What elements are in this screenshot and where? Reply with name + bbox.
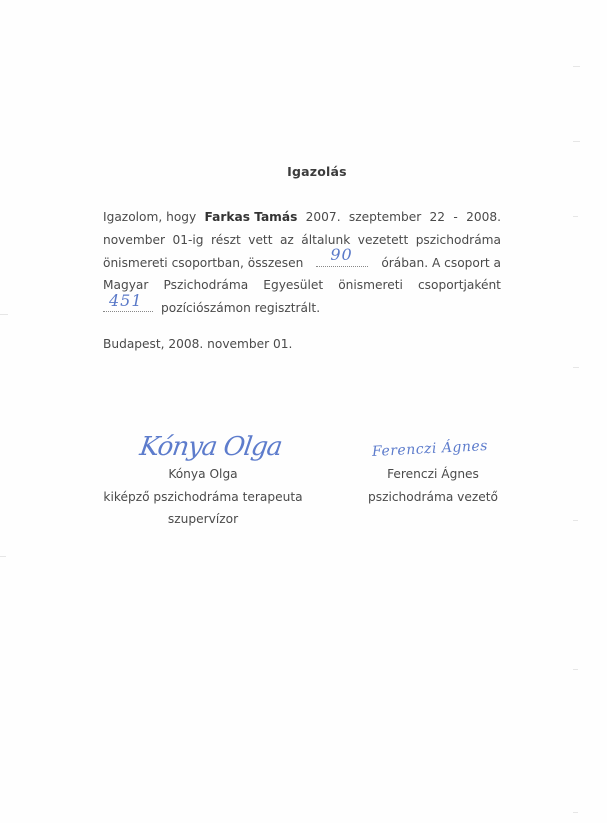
scan-artifact (573, 66, 580, 67)
date-separator: - (453, 206, 457, 229)
body-line-2: november 01-ig részt vett az általunk ve… (103, 229, 501, 252)
body-line-3: önismereti csoportban, összesen 90 órába… (103, 252, 501, 275)
place-and-date: Budapest, 2008. november 01. (103, 337, 292, 351)
scanned-document-page: Igazolás Igazolom, hogy Farkas Tamás 200… (0, 0, 607, 823)
position-handwritten-value: 451 (109, 290, 143, 313)
scan-artifact (573, 216, 578, 217)
scan-artifact (573, 367, 579, 368)
certificate-body: Igazolom, hogy Farkas Tamás 2007. szepte… (103, 206, 501, 320)
hours-field: 90 (316, 252, 368, 267)
body-line-5-after: pozíciószámon regisztrált. (161, 297, 320, 320)
word: csoportjaként (418, 274, 501, 297)
signatory-role-secondary: szupervízor (90, 508, 316, 531)
body-line-3-before: önismereti csoportban, összesen (103, 252, 303, 275)
hours-handwritten-value: 90 (330, 244, 352, 267)
participant-name: Farkas Tamás (205, 206, 298, 229)
word: Pszichodráma (163, 274, 248, 297)
start-year: 2007. (306, 206, 341, 229)
end-year: 2008. (466, 206, 501, 229)
word: Egyesület (263, 274, 323, 297)
scan-artifact (0, 556, 6, 557)
signatory-role: pszichodráma vezető (350, 486, 516, 509)
handwritten-signature-ferenczi: Ferenczi Ágnes (372, 438, 489, 460)
body-text-prefix: Igazolom, hogy (103, 206, 196, 229)
signatory-block-right: Ferenczi Ágnes pszichodráma vezető (350, 463, 516, 508)
scan-artifact (573, 669, 578, 670)
position-number-field: 451 (103, 297, 153, 312)
body-line-1: Igazolom, hogy Farkas Tamás 2007. szepte… (103, 206, 501, 229)
scan-artifact (573, 141, 580, 142)
body-line-4: Magyar Pszichodráma Egyesület önismereti… (103, 274, 501, 297)
start-month: szeptember (349, 206, 421, 229)
document-title: Igazolás (0, 164, 607, 179)
signatory-name: Kónya Olga (90, 463, 316, 486)
scan-artifact (573, 520, 578, 521)
start-day: 22 (430, 206, 446, 229)
body-line-5: 451 pozíciószámon regisztrált. (103, 297, 501, 320)
scan-artifact (0, 314, 8, 315)
word: önismereti (338, 274, 403, 297)
signatory-role: kiképző pszichodráma terapeuta (90, 486, 316, 509)
signatory-block-left: Kónya Olga kiképző pszichodráma terapeut… (90, 463, 316, 531)
signatory-name: Ferenczi Ágnes (350, 463, 516, 486)
body-line-3-after: órában. A csoport a (381, 252, 501, 275)
handwritten-signature-konya: Kónya Olga (138, 432, 284, 462)
scan-artifact (573, 812, 578, 813)
